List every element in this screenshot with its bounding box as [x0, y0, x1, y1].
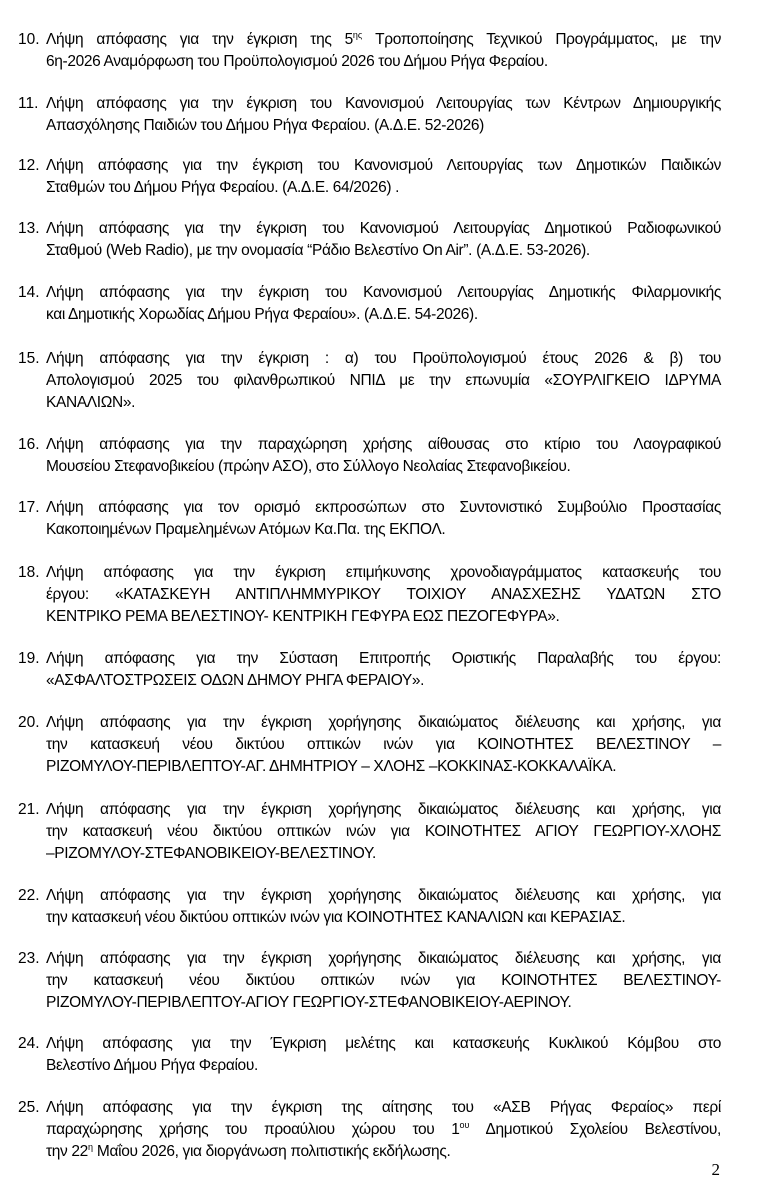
- agenda-item-line: Λήψη απόφασης για τον ορισμό εκπροσώπων …: [46, 497, 721, 519]
- agenda-item-number: 17.: [18, 497, 46, 519]
- agenda-item-line: Λήψη απόφασης για την παραχώρηση χρήσης …: [46, 434, 721, 456]
- agenda-item: 21.Λήψη απόφασης για την έγκριση χορήγησ…: [18, 799, 721, 865]
- agenda-item-line: την κατασκευή νέου δικτύου οπτικών ινών …: [46, 907, 721, 929]
- agenda-item-number: 20.: [18, 712, 46, 734]
- agenda-item-line: Λήψη απόφασης για την έγκριση χορήγησης …: [46, 948, 721, 970]
- agenda-item: 19.Λήψη απόφασης για την Σύσταση Επιτροπ…: [18, 648, 721, 692]
- agenda-item: 12.Λήψη απόφασης για την έγκριση του Καν…: [18, 155, 721, 199]
- agenda-item-line: την κατασκευή νέου δικτύου οπτικών ινών …: [46, 970, 721, 992]
- agenda-item: 20.Λήψη απόφασης για την έγκριση χορήγησ…: [18, 712, 721, 778]
- agenda-item-line: Λήψη απόφασης για την έγκριση του Κανονι…: [46, 93, 721, 115]
- agenda-item: 15.Λήψη απόφασης για την έγκριση : α) το…: [18, 348, 721, 414]
- agenda-item: 17.Λήψη απόφασης για τον ορισμό εκπροσώπ…: [18, 497, 721, 541]
- agenda-item-line: Σταθμών του Δήμου Ρήγα Φεραίου. (Α.Δ.Ε. …: [46, 177, 721, 199]
- agenda-item-number: 15.: [18, 348, 46, 370]
- agenda-item-line: 6η-2026 Αναμόρφωση του Προϋπολογισμού 20…: [46, 51, 721, 73]
- agenda-item-line: παραχώρησης χρήσης του προαύλιου χώρου τ…: [46, 1119, 721, 1141]
- superscript: ου: [460, 1120, 470, 1130]
- agenda-item-number: 22.: [18, 885, 46, 907]
- agenda-item-line: έργου: «ΚΑΤΑΣΚΕΥΗ ΑΝΤΙΠΛΗΜΜΥΡΙΚΟΥ ΤΟΙΧΙΟ…: [46, 584, 721, 606]
- agenda-item-line: Λήψη απόφασης για την Έγκριση μελέτης κα…: [46, 1033, 721, 1055]
- agenda-item-line: Λήψη απόφασης για την έγκριση του Κανονι…: [46, 155, 721, 177]
- agenda-item-line: Λήψη απόφασης για την έγκριση της αίτηση…: [46, 1097, 721, 1119]
- agenda-item-line: την κατασκευή νέου δικτύου οπτικών ινών …: [46, 734, 721, 756]
- agenda-item-number: 11.: [18, 93, 46, 115]
- agenda-item-line: Λήψη απόφασης για την έγκριση του Κανονι…: [46, 282, 721, 304]
- agenda-item-line: Βελεστίνο Δήμου Ρήγα Φεραίου.: [46, 1055, 721, 1077]
- agenda-item-number: 19.: [18, 648, 46, 670]
- agenda-item-line: Απασχόλησης Παιδιών του Δήμου Ρήγα Φεραί…: [46, 115, 721, 137]
- agenda-item-line: ΚΑΝΑΛΙΩΝ».: [46, 392, 721, 414]
- agenda-item: 16.Λήψη απόφασης για την παραχώρηση χρήσ…: [18, 434, 721, 478]
- agenda-item-number: 23.: [18, 948, 46, 970]
- agenda-item-number: 12.: [18, 155, 46, 177]
- agenda-item-line: ΚΕΝΤΡΙΚΟ ΡΕΜΑ ΒΕΛΕΣΤΙΝΟΥ- ΚΕΝΤΡΙΚΗ ΓΕΦΥΡ…: [46, 606, 721, 628]
- agenda-item-line: Λήψη απόφασης για την έγκριση του Κανονι…: [46, 218, 721, 240]
- agenda-item-number: 14.: [18, 282, 46, 304]
- agenda-item-line: Λήψη απόφασης για την έγκριση επιμήκυνση…: [46, 562, 721, 584]
- agenda-item: 18.Λήψη απόφασης για την έγκριση επιμήκυ…: [18, 562, 721, 628]
- agenda-item-line: ΡΙΖΟΜΥΛΟΥ-ΠΕΡΙΒΛΕΠΤΟΥ-ΑΓΙΟΥ ΓΕΩΡΓΙΟΥ-ΣΤΕ…: [46, 992, 721, 1014]
- agenda-item: 14.Λήψη απόφασης για την έγκριση του Καν…: [18, 282, 721, 326]
- agenda-item-line: Λήψη απόφασης για την Σύσταση Επιτροπής …: [46, 648, 721, 670]
- superscript: ης: [353, 30, 362, 40]
- agenda-item-line: Λήψη απόφασης για την έγκριση χορήγησης …: [46, 799, 721, 821]
- agenda-item-line: και Δημοτικής Χορωδίας Δήμου Ρήγα Φεραίο…: [46, 304, 721, 326]
- agenda-item-line: Σταθμού (Web Radio), με την ονομασία “Ρά…: [46, 240, 721, 262]
- agenda-item-line: Μουσείου Στεφανοβικείου (πρώην ΑΣΟ), στο…: [46, 456, 721, 478]
- agenda-item-line: την 22η Μαΐου 2026, για διοργάνωση πολιτ…: [46, 1141, 721, 1163]
- page-number: 2: [712, 1160, 721, 1180]
- agenda-item-line: Απολογισμού 2025 του φιλανθρωπικού ΝΠΙΔ …: [46, 370, 721, 392]
- agenda-item-number: 21.: [18, 799, 46, 821]
- agenda-item: 24.Λήψη απόφασης για την Έγκριση μελέτης…: [18, 1033, 721, 1077]
- agenda-item-line: ΡΙΖΟΜΥΛΟΥ-ΠΕΡΙΒΛΕΠΤΟΥ-ΑΓ. ΔΗΜΗΤΡΙΟΥ – ΧΛ…: [46, 756, 721, 778]
- agenda-item-number: 25.: [18, 1097, 46, 1119]
- agenda-item-line: Λήψη απόφασης για την έγκριση της 5ης Τρ…: [46, 29, 721, 51]
- agenda-item: 13.Λήψη απόφασης για την έγκριση του Καν…: [18, 218, 721, 262]
- agenda-item-number: 16.: [18, 434, 46, 456]
- agenda-item-number: 13.: [18, 218, 46, 240]
- agenda-item-number: 24.: [18, 1033, 46, 1055]
- document-page: 10.Λήψη απόφασης για την έγκριση της 5ης…: [0, 0, 766, 1200]
- agenda-item-line: Λήψη απόφασης για την έγκριση : α) του Π…: [46, 348, 721, 370]
- agenda-item: 11.Λήψη απόφασης για την έγκριση του Καν…: [18, 93, 721, 137]
- agenda-item: 23.Λήψη απόφασης για την έγκριση χορήγησ…: [18, 948, 721, 1014]
- agenda-item: 22.Λήψη απόφασης για την έγκριση χορήγησ…: [18, 885, 721, 929]
- agenda-item-line: την κατασκευή νέου δικτύου οπτικών ινών …: [46, 821, 721, 843]
- agenda-item-line: «ΑΣΦΑΛΤΟΣΤΡΩΣΕΙΣ ΟΔΩΝ ΔΗΜΟΥ ΡΗΓΑ ΦΕΡΑΙΟΥ…: [46, 670, 721, 692]
- agenda-item-number: 18.: [18, 562, 46, 584]
- agenda-item-line: Κακοποιημένων Πραμελημένων Ατόμων Κα.Πα.…: [46, 519, 721, 541]
- agenda-item: 10.Λήψη απόφασης για την έγκριση της 5ης…: [18, 29, 721, 73]
- agenda-item-line: –ΡΙΖΟΜΥΛΟΥ-ΣΤΕΦΑΝΟΒΙΚΕΙΟΥ-ΒΕΛΕΣΤΙΝΟΥ.: [46, 843, 721, 865]
- agenda-item-number: 10.: [18, 29, 46, 51]
- agenda-item-line: Λήψη απόφασης για την έγκριση χορήγησης …: [46, 885, 721, 907]
- agenda-item-line: Λήψη απόφασης για την έγκριση χορήγησης …: [46, 712, 721, 734]
- agenda-item: 25.Λήψη απόφασης για την έγκριση της αίτ…: [18, 1097, 721, 1163]
